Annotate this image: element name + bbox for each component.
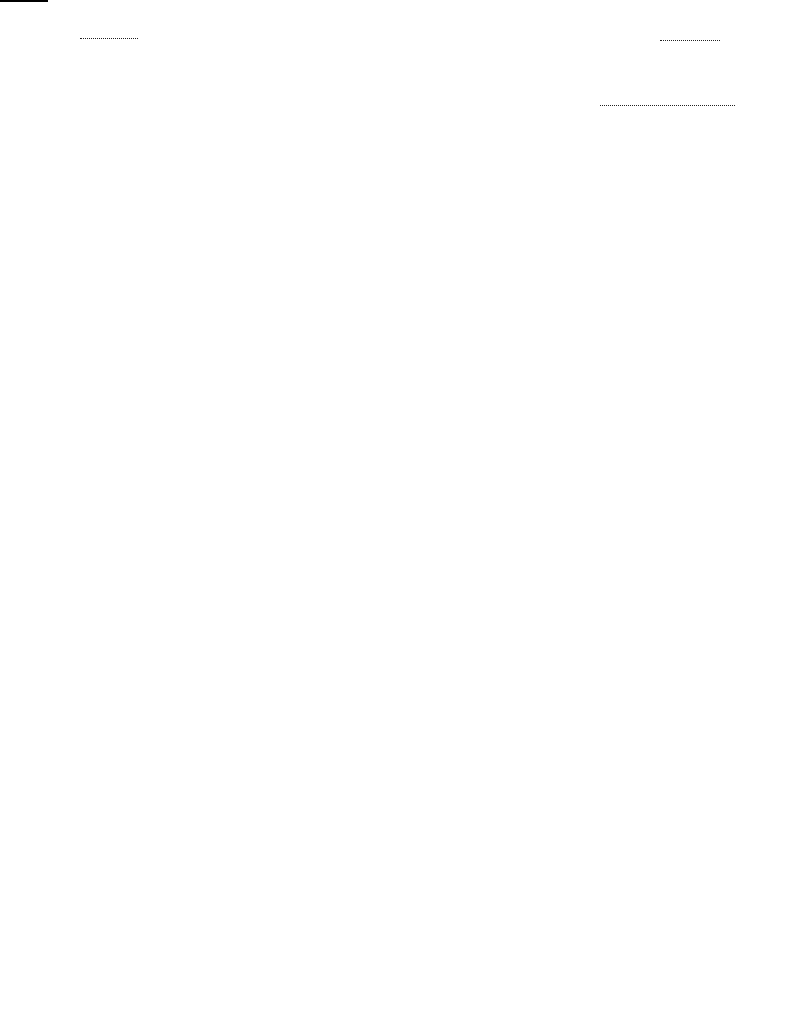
scan-edge-mark [0,0,48,2]
